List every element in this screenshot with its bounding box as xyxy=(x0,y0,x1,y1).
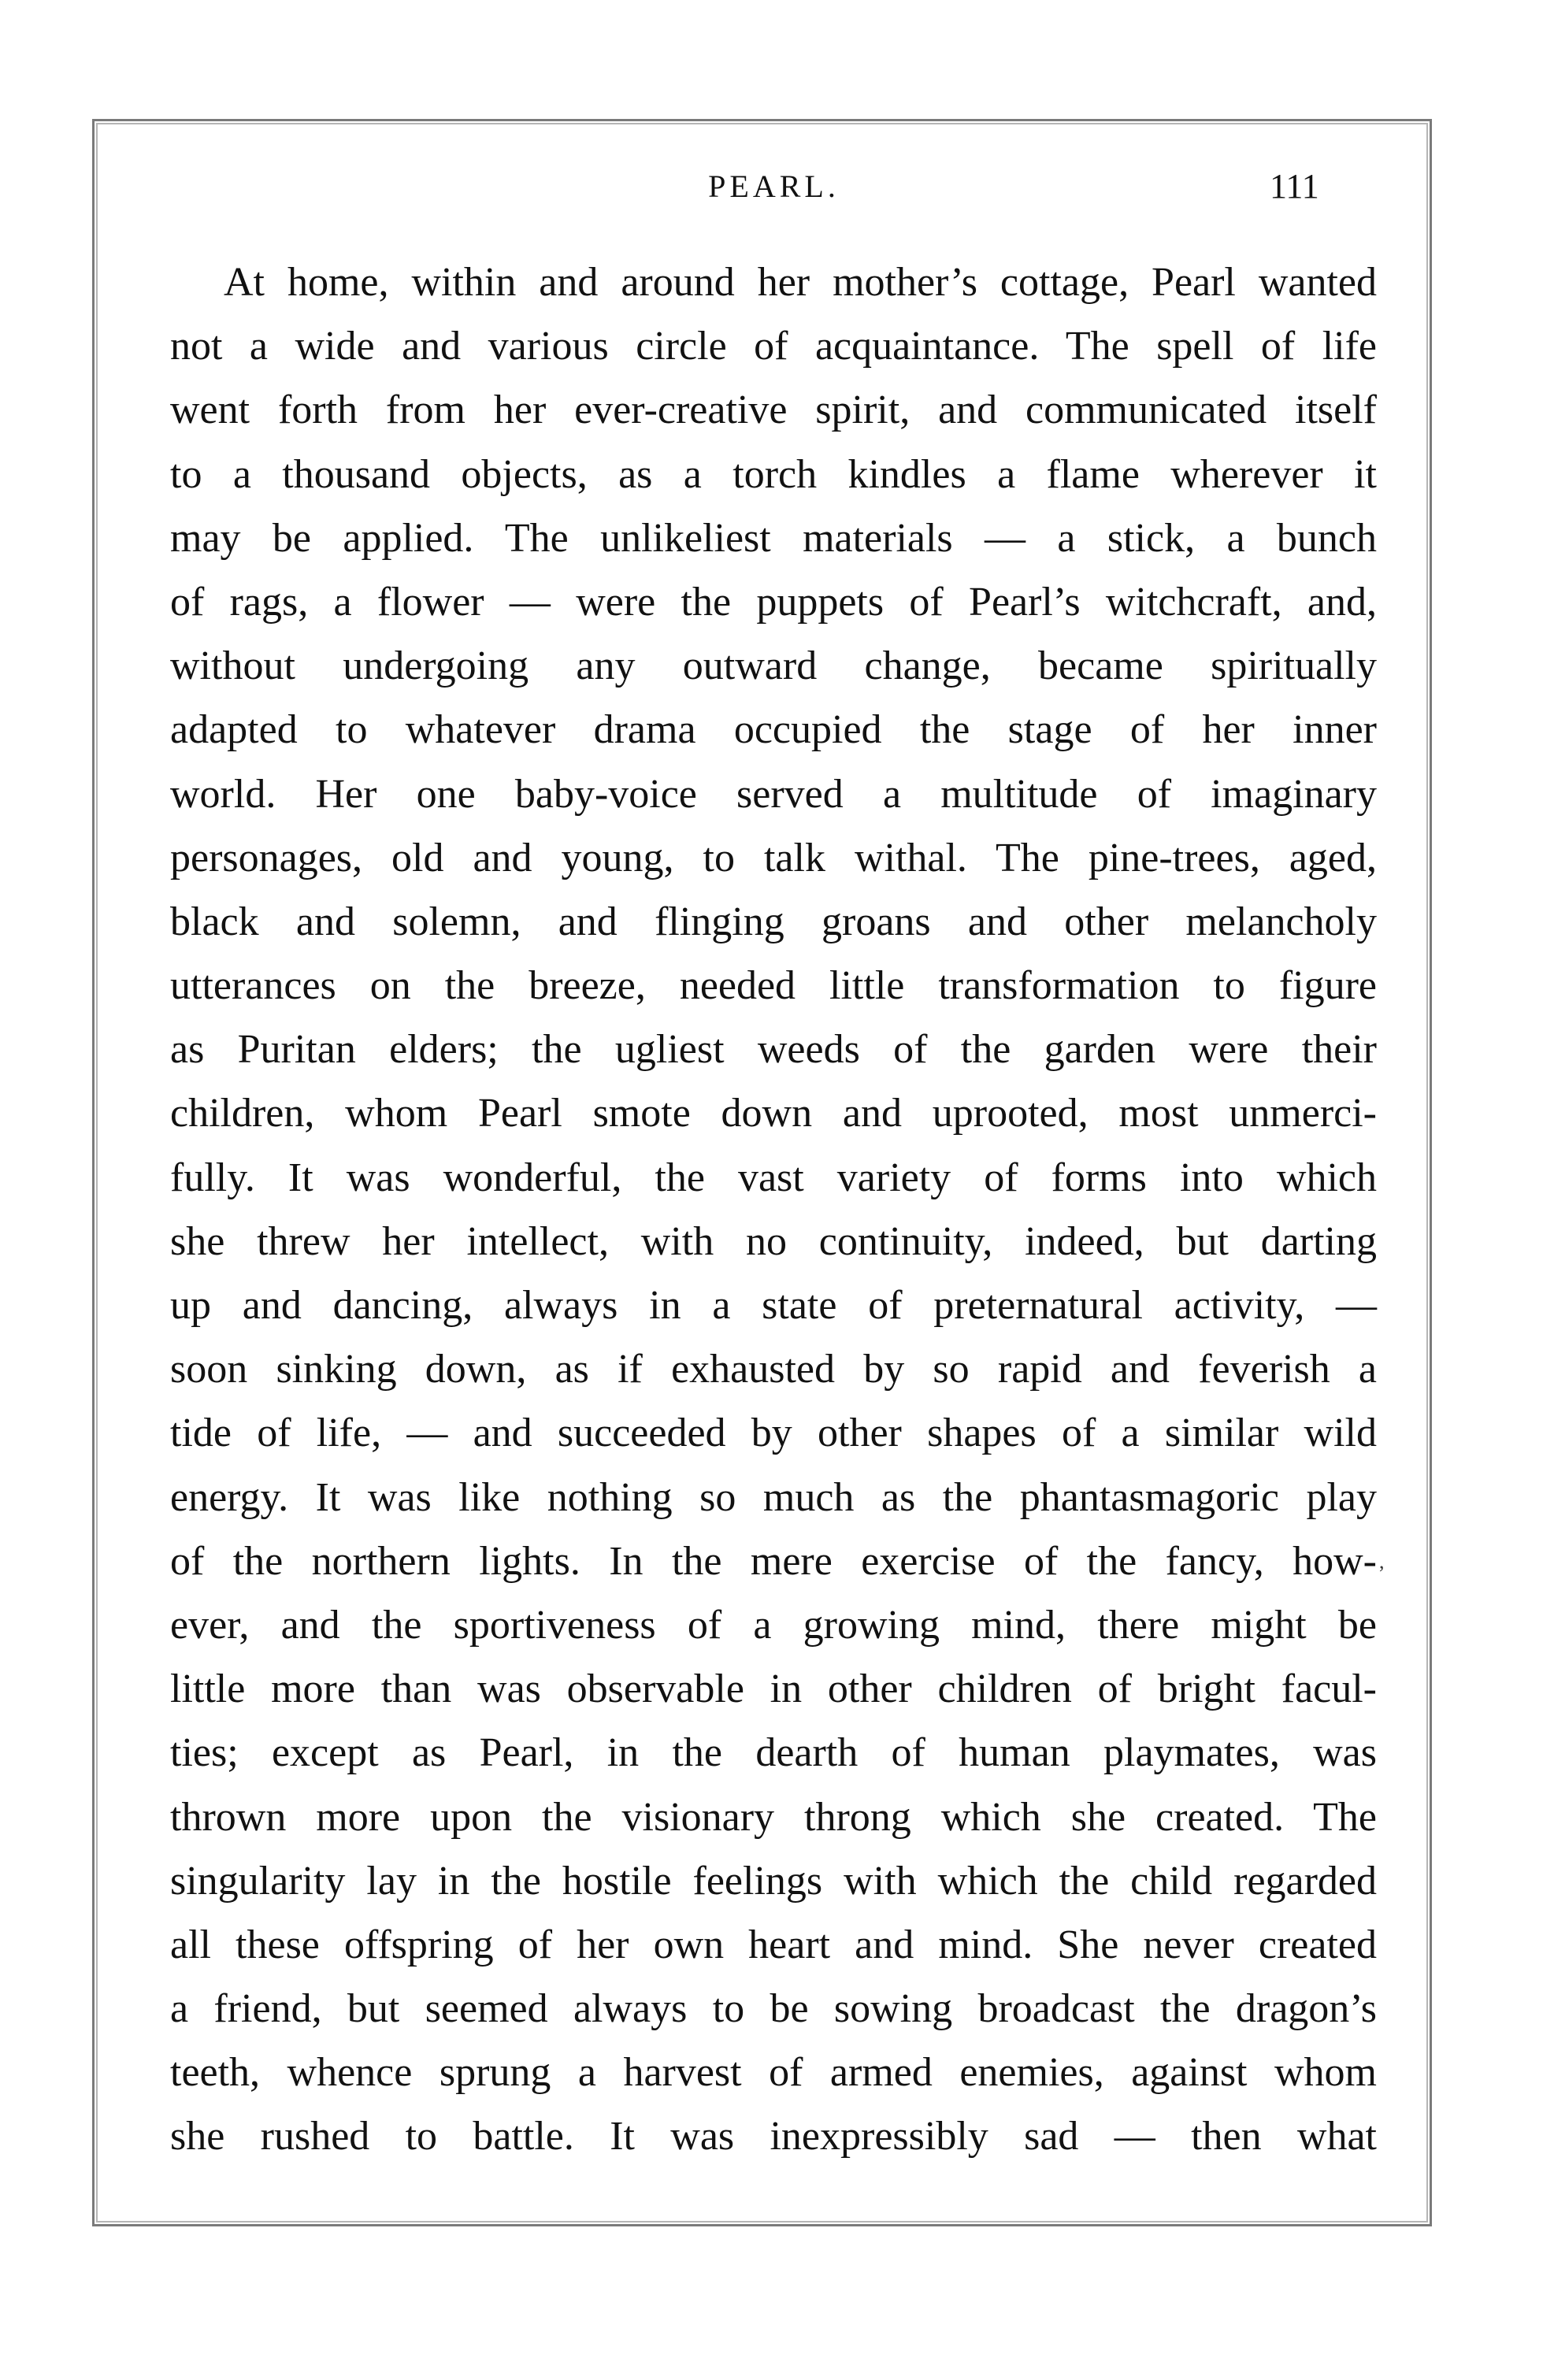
text-line: ever, and the sportiveness of a growing … xyxy=(170,1593,1377,1657)
text-line: of rags, a flower — were the puppets of … xyxy=(170,570,1377,634)
text-line: soon sinking down, as if exhausted by so… xyxy=(170,1337,1377,1401)
body-paragraph: At home, within and around her mother’s … xyxy=(170,250,1377,2169)
text-line: little more than was observable in other… xyxy=(170,1657,1377,1721)
text-line: of the northern lights. In the mere exer… xyxy=(170,1529,1377,1593)
text-line: ties; except as Pearl, in the dearth of … xyxy=(170,1721,1377,1785)
text-line: not a wide and various circle of acquain… xyxy=(170,314,1377,378)
text-line: as Puritan elders; the ugliest weeds of … xyxy=(170,1018,1377,1081)
text-line: energy. It was like nothing so much as t… xyxy=(170,1466,1377,1529)
text-line: world. Her one baby-voice served a multi… xyxy=(170,762,1377,826)
text-line: personages, old and young, to talk witha… xyxy=(170,826,1377,890)
text-line: up and dancing, always in a state of pre… xyxy=(170,1273,1377,1337)
margin-mark: , xyxy=(1379,1550,1385,1574)
text-line: children, whom Pearl smote down and upro… xyxy=(170,1081,1377,1145)
running-head: PEARL. 111 xyxy=(0,163,1554,210)
page-number: 111 xyxy=(1270,163,1319,210)
text-line: fully. It was wonderful, the vast variet… xyxy=(170,1146,1377,1210)
text-line: teeth, whence sprung a harvest of armed … xyxy=(170,2041,1377,2104)
text-line: utterances on the breeze, needed little … xyxy=(170,954,1377,1018)
text-line: At home, within and around her mother’s … xyxy=(170,250,1377,314)
text-line: all these offspring of her own heart and… xyxy=(170,1913,1377,1977)
text-line: she threw her intellect, with no continu… xyxy=(170,1210,1377,1273)
text-line: tide of life, — and succeeded by other s… xyxy=(170,1401,1377,1465)
text-line: she rushed to battle. It was inexpressib… xyxy=(170,2104,1377,2168)
text-line: to a thousand objects, as a torch kindle… xyxy=(170,443,1377,506)
text-line: singularity lay in the hostile feelings … xyxy=(170,1849,1377,1913)
text-line: adapted to whatever drama occupied the s… xyxy=(170,698,1377,762)
text-line: may be applied. The unlikeliest material… xyxy=(170,506,1377,570)
text-line: went forth from her ever-creative spirit… xyxy=(170,378,1377,442)
text-line: a friend, but seemed always to be sowing… xyxy=(170,1977,1377,2041)
text-line: black and solemn, and flinging groans an… xyxy=(170,890,1377,954)
text-line: thrown more upon the visionary throng wh… xyxy=(170,1785,1377,1849)
text-line: without undergoing any outward change, b… xyxy=(170,634,1377,698)
